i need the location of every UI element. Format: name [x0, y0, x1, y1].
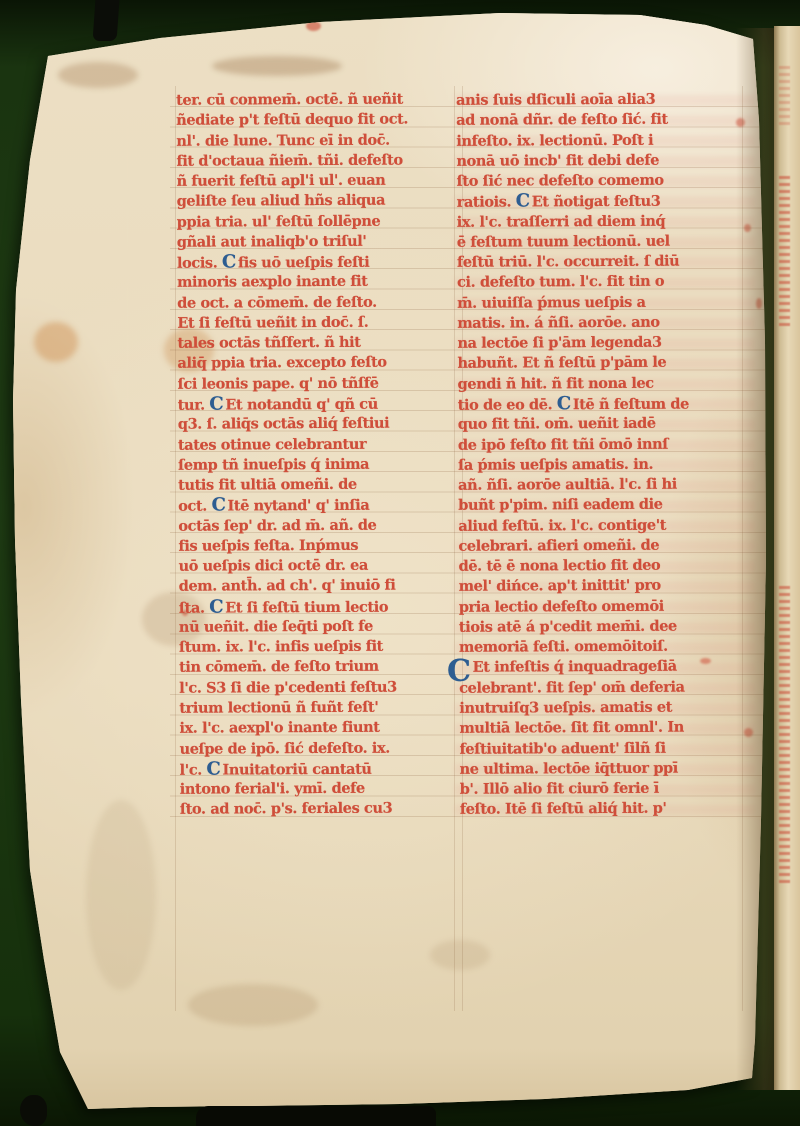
- red-text: feſtiuitatib'o aduent' ſilñ ſi: [459, 739, 665, 757]
- red-text: m̄. uiuiſſa ṕmus ueſpis a: [457, 293, 645, 311]
- stain: [188, 984, 318, 1026]
- text-line: quo fit tñi. om̄. ueñit iadē: [458, 413, 750, 435]
- red-text: tio de eo dē.: [458, 396, 557, 414]
- text-line: ſemp tñ inueſpis q́ inima: [178, 454, 456, 476]
- text-line: geliſte ſeu aliud hñs aliqua: [177, 191, 455, 213]
- red-text: ix. l'c. traſſerri ad diem inq́: [457, 212, 666, 230]
- red-text: ñ fuerit feſtū apl'i ul'. euan: [177, 172, 386, 190]
- text-line: habuñt. Et ñ feſtū p'pām le: [457, 353, 749, 375]
- red-text: ſto. ad noc̄. p's. feriales cu3: [180, 800, 393, 818]
- red-text: Et ñotigat feſtu3: [532, 193, 661, 211]
- red-text: octās ſep' dr. ad m̄. añ. de: [178, 516, 376, 534]
- text-line: l'c. S3 ſi die p'cedenti feſtu3: [179, 677, 457, 699]
- red-text: quo fit tñi. om̄. ueñit iadē: [458, 415, 656, 433]
- text-line: intono ferial'i. ymī. defe: [180, 778, 458, 800]
- red-text: l'c. S3 ſi die p'cedenti feſtu3: [179, 678, 397, 696]
- text-line: locis. Cfis uō ueſpis feſti: [177, 251, 455, 273]
- text-line: buñt p'pim. niſi eadem die: [458, 495, 750, 517]
- text-line: nl'. die lune. Tunc eī in doc̄.: [176, 130, 454, 152]
- blue-paraph-initial: C: [209, 393, 225, 414]
- text-line: tin cōmem̄. de feſto trium: [179, 657, 457, 679]
- red-text: tin cōmem̄. de feſto trium: [179, 658, 379, 676]
- red-text: b'. Illō alio fit ciurō ferie ī: [460, 780, 659, 798]
- red-text: ratiois.: [457, 194, 516, 211]
- blue-paraph-initial: C: [209, 596, 225, 617]
- red-text: ſci leonis pape. q' nō tñſfē: [178, 374, 379, 392]
- text-line: anis ſuis dſiculi aoīa alia3: [456, 89, 748, 111]
- text-line: CEt infeſtis q́ inquadrageſiā: [459, 657, 751, 679]
- text-line: de ipō feſto fit tñi ōmō innſ: [458, 434, 750, 456]
- text-line: octās ſep' dr. ad m̄. añ. de: [178, 515, 456, 537]
- red-text: anis ſuis dſiculi aoīa alia3: [456, 91, 655, 109]
- text-line: uō ueſpis dici octē dr. ea: [179, 555, 457, 577]
- red-text: q3. ſ. aliq̄s octās aliq́ feſtiui: [178, 415, 389, 433]
- red-text: Itē nytand' q' inſia: [227, 497, 369, 515]
- red-text: ppia tria. ul' feſtū ſollēpne: [177, 212, 381, 230]
- red-text: inutruiſq3 ueſpis. amatis et: [459, 699, 672, 717]
- text-line: aliq̄ ppia tria. excepto feſto: [177, 353, 455, 375]
- red-text: gendi ñ hit. ñ fit nona lec: [458, 374, 654, 392]
- blue-paraph-initial: C: [206, 758, 222, 779]
- red-text: tiois atē á p'cedit mem̄i. dee: [459, 618, 677, 636]
- red-text: memoriā feſti. omemōitoiſ.: [459, 638, 668, 656]
- text-line: ppia tria. ul' feſtū ſollēpne: [177, 211, 455, 233]
- red-text: tutis fit ultiā omeñi. de: [178, 476, 357, 494]
- text-line: ſtum. ix. l'c. infis ueſpis fit: [179, 636, 457, 658]
- red-text: ſto ſić nec defeſto comemo: [457, 172, 664, 190]
- red-text: pria lectio defeſto omemōi: [459, 597, 664, 615]
- ink-speck: [306, 21, 321, 31]
- red-text: tur.: [178, 397, 210, 414]
- red-text: Et ſi feſtū tium lectio: [225, 598, 388, 616]
- red-text: fis uō ueſpis feſti: [238, 254, 369, 272]
- text-line: memoriā feſti. omemōitoiſ.: [459, 636, 751, 658]
- text-line: tiois atē á p'cedit mem̄i. dee: [459, 616, 751, 638]
- red-text: mel' dińce. ap't inittit' pro: [459, 577, 661, 595]
- text-line: mel' dińce. ap't inittit' pro: [459, 576, 751, 598]
- red-text: feſtū triū. l'c. occurreit. ſ diū: [457, 253, 679, 271]
- text-line: ſci leonis pape. q' nō tñſfē: [178, 373, 456, 395]
- text-line: q3. ſ. aliq̄s octās aliq́ feſtiui: [178, 414, 456, 436]
- text-line: ratiois. CEt ñotigat feſtu3: [457, 191, 749, 213]
- red-text: tales octās tñſfert. ñ hit: [177, 334, 360, 352]
- red-text: de ipō feſto fit tñi ōmō innſ: [458, 435, 668, 453]
- text-line: fis ueſpis feſta. Inṕmus: [178, 535, 456, 557]
- text-line: ñ fuerit feſtū apl'i ul'. euan: [177, 170, 455, 192]
- red-text: Et notandū q' qñ cū: [225, 396, 378, 414]
- text-line: ñediate p't feſtū dequo fit oct.: [176, 110, 454, 132]
- text-line: ſto. ad noc̄. p's. feriales cu3: [180, 799, 458, 821]
- facing-page-fore-edge: [774, 26, 800, 1090]
- red-text: ñediate p't feſtū dequo fit oct.: [176, 111, 408, 129]
- text-line: minoris aexplo inante fit: [177, 272, 455, 294]
- text-line: gendi ñ hit. ñ fit nona lec: [458, 373, 750, 395]
- text-line: dem. anth̄. ad ch'. q' inuiō fi: [179, 576, 457, 598]
- parchment-surface: ter. cū conmem̄. octē. ñ ueñitñediate p'…: [0, 0, 800, 1126]
- text-line: tio de eo dē. CItē ñ feſtum de: [458, 393, 750, 415]
- text-line: l'c. CInuitatoriū cantatū: [180, 758, 458, 780]
- red-text: oct.: [178, 498, 211, 515]
- text-line: de oct. a cōmem̄. de feſto.: [177, 292, 455, 314]
- red-text: fis ueſpis feſta. Inṕmus: [178, 537, 358, 555]
- red-text: nl'. die lune. Tunc eī in doc̄.: [176, 131, 390, 149]
- red-text: fit d'octaua ñiem̄. tñi. defeſto: [176, 151, 402, 169]
- red-text: Et ſi feſtū ueñit in doc̄. ſ.: [177, 314, 368, 332]
- red-text: ter. cū conmem̄. octē. ñ ueñit: [176, 91, 403, 109]
- red-text: aliud feſtū. ix. l'c. contige't: [458, 516, 666, 534]
- red-text: matis. in. á ñſi. aorōe. ano: [457, 314, 659, 332]
- text-line: tur. CEt notandū q' qñ cū: [178, 393, 456, 415]
- red-text: celebrari. afieri omeñi. de: [458, 537, 659, 555]
- red-text: buñt p'pim. niſi eadem die: [458, 496, 662, 514]
- fore-edge-red-script: [779, 586, 790, 886]
- red-text: Et infeſtis q́ inquadrageſiā: [473, 658, 677, 676]
- red-text: ſta.: [179, 599, 210, 616]
- text-line: feſtū triū. l'c. occurreit. ſ diū: [457, 251, 749, 273]
- red-text: na lectōe ſi p'ām legenda3: [457, 334, 661, 352]
- text-line: ix. l'c. aexpl'o inante fiunt: [179, 718, 457, 740]
- red-text: infeſto. ix. lectionū. Poſt i: [456, 131, 653, 149]
- clamp-bottom-left: [20, 1095, 47, 1126]
- blue-paraph-initial: C: [212, 495, 228, 516]
- text-line: ſta. CEt ſi feſtū tium lectio: [179, 596, 457, 618]
- red-text: ē feſtum tuum lectionū. uel: [457, 233, 670, 251]
- text-line: tutis fit ultiā omeñi. de: [178, 474, 456, 496]
- red-text: de oct. a cōmem̄. de feſto.: [177, 293, 377, 311]
- text-line: nonā uō incb' fit debi defe: [456, 150, 748, 172]
- text-line: m̄. uiuiſſa ṕmus ueſpis a: [457, 292, 749, 314]
- text-line: Et ſi feſtū ueñit in doc̄. ſ.: [177, 312, 455, 334]
- text-line: matis. in. á ñſi. aorōe. ano: [457, 312, 749, 334]
- text-line: feſto. Itē ſi feſtū aliq́ hit. p': [460, 799, 752, 821]
- text-line: trium lectionū ñ fuñt feſt': [179, 697, 457, 719]
- text-line: celebrari. afieri omeñi. de: [458, 535, 750, 557]
- fore-edge-red-script: [779, 176, 790, 326]
- stain: [212, 56, 342, 76]
- column-left: ter. cū conmem̄. octē. ñ ueñitñediate p'…: [176, 89, 458, 820]
- text-line: fit d'octaua ñiem̄. tñi. defeſto: [176, 150, 454, 172]
- red-text: ci. defeſto tum. l'c. fit tin o: [457, 273, 664, 291]
- text-line: na lectōe ſi p'ām legenda3: [457, 332, 749, 354]
- red-text: ſa ṕmis ueſpis amatis. in.: [458, 456, 653, 474]
- red-text: locis.: [177, 255, 222, 272]
- stain: [86, 800, 156, 990]
- text-line: multiā lectōe. ſit fit omnl'. In: [459, 717, 751, 739]
- text-line: añ. ñſi. aorōe aultiā. l'c. ſi hi: [458, 474, 750, 496]
- red-text: minoris aexplo inante fit: [177, 273, 368, 291]
- text-line: ſto ſić nec defeſto comemo: [457, 170, 749, 192]
- red-text: aliq̄ ppia tria. excepto feſto: [177, 354, 386, 372]
- text-line: ci. defeſto tum. l'c. fit tin o: [457, 272, 749, 294]
- red-text: l'c.: [180, 761, 207, 778]
- blue-paraph-initial: C: [516, 191, 532, 212]
- red-text: celebrant'. fit ſep' om̄ deferia: [459, 678, 684, 696]
- red-text: uō ueſpis dici octē dr. ea: [179, 557, 368, 575]
- text-line: nū ueñit. die ſeq̄ti poſt fe: [179, 616, 457, 638]
- red-text: añ. ñſi. aorōe aultiā. l'c. ſi hi: [458, 476, 677, 494]
- clamp-top: [93, 0, 120, 41]
- parchment-leaf: ter. cū conmem̄. octē. ñ ueñitñediate p'…: [0, 0, 800, 1126]
- stain: [430, 940, 490, 970]
- red-text: Itē ñ feſtum de: [573, 396, 689, 414]
- text-line: feſtiuitatib'o aduent' ſilñ ſi: [459, 738, 751, 760]
- blue-paraph-initial: C: [222, 252, 238, 273]
- fore-edge-red-script: [779, 66, 790, 126]
- text-line: ē feſtum tuum lectionū. uel: [457, 231, 749, 253]
- red-text: nonā uō incb' fit debi defe: [456, 152, 659, 170]
- text-line: ix. l'c. traſſerri ad diem inq́: [457, 211, 749, 233]
- text-line: b'. Illō alio fit ciurō ferie ī: [460, 778, 752, 800]
- text-line: inutruiſq3 ueſpis. amatis et: [459, 697, 751, 719]
- red-text: habuñt. Et ñ feſtū p'pām le: [457, 354, 666, 372]
- red-text: ueſpe de ipō. ſić defeſto. ix.: [179, 739, 389, 757]
- red-text: tates otinue celebrantur: [178, 435, 366, 453]
- text-line: celebrant'. fit ſep' om̄ deferia: [459, 677, 751, 699]
- text-line: tales octās tñſfert. ñ hit: [177, 332, 455, 354]
- text-line: gñali aut inaliqb'o triſul': [177, 231, 455, 253]
- red-text: dem. anth̄. ad ch'. q' inuiō fi: [179, 577, 396, 595]
- red-text: gñali aut inaliqb'o triſul': [177, 233, 367, 251]
- shadow-bottom-band: [196, 1106, 436, 1126]
- red-text: Inuitatoriū cantatū: [222, 760, 371, 778]
- text-line: ad nonā dñr. de feſto ſić. fit: [456, 110, 748, 132]
- text-line: infeſto. ix. lectionū. Poſt i: [456, 130, 748, 152]
- red-text: ſemp tñ inueſpis q́ inima: [178, 456, 369, 474]
- red-text: trium lectionū ñ fuñt feſt': [179, 699, 378, 717]
- red-text: dē. tē ē nona lectio fit deo: [459, 557, 661, 575]
- text-line: aliud feſtū. ix. l'c. contige't: [458, 515, 750, 537]
- stain: [58, 62, 138, 88]
- text-line: pria lectio defeſto omemōi: [459, 596, 751, 618]
- column-right: anis ſuis dſiculi aoīa alia3ad nonā dñr.…: [456, 89, 752, 820]
- text-line: dē. tē ē nona lectio fit deo: [459, 555, 751, 577]
- blue-paraph-initial: C: [557, 393, 573, 414]
- red-text: ſtum. ix. l'c. infis ueſpis fit: [179, 638, 383, 656]
- red-text: ix. l'c. aexpl'o inante fiunt: [179, 719, 379, 737]
- stain: [34, 322, 78, 362]
- text-line: ter. cū conmem̄. octē. ñ ueñit: [176, 89, 454, 111]
- red-text: ad nonā dñr. de feſto ſić. fit: [456, 111, 668, 129]
- text-line: tates otinue celebrantur: [178, 434, 456, 456]
- text-line: ueſpe de ipō. ſić defeſto. ix.: [179, 738, 457, 760]
- red-text: nū ueñit. die ſeq̄ti poſt fe: [179, 618, 373, 636]
- red-text: geliſte ſeu aliud hñs aliqua: [177, 192, 385, 210]
- red-text: ne ultima. lectōe iq̄ttuor ppī: [460, 759, 678, 777]
- text-line: ne ultima. lectōe iq̄ttuor ppī: [460, 758, 752, 780]
- red-text: intono ferial'i. ymī. defe: [180, 780, 365, 798]
- text-line: ſa ṕmis ueſpis amatis. in.: [458, 454, 750, 476]
- red-text: multiā lectōe. ſit fit omnl'. In: [459, 719, 683, 737]
- red-text: feſto. Itē ſi feſtū aliq́ hit. p': [460, 800, 667, 818]
- text-line: oct. CItē nytand' q' inſia: [178, 495, 456, 517]
